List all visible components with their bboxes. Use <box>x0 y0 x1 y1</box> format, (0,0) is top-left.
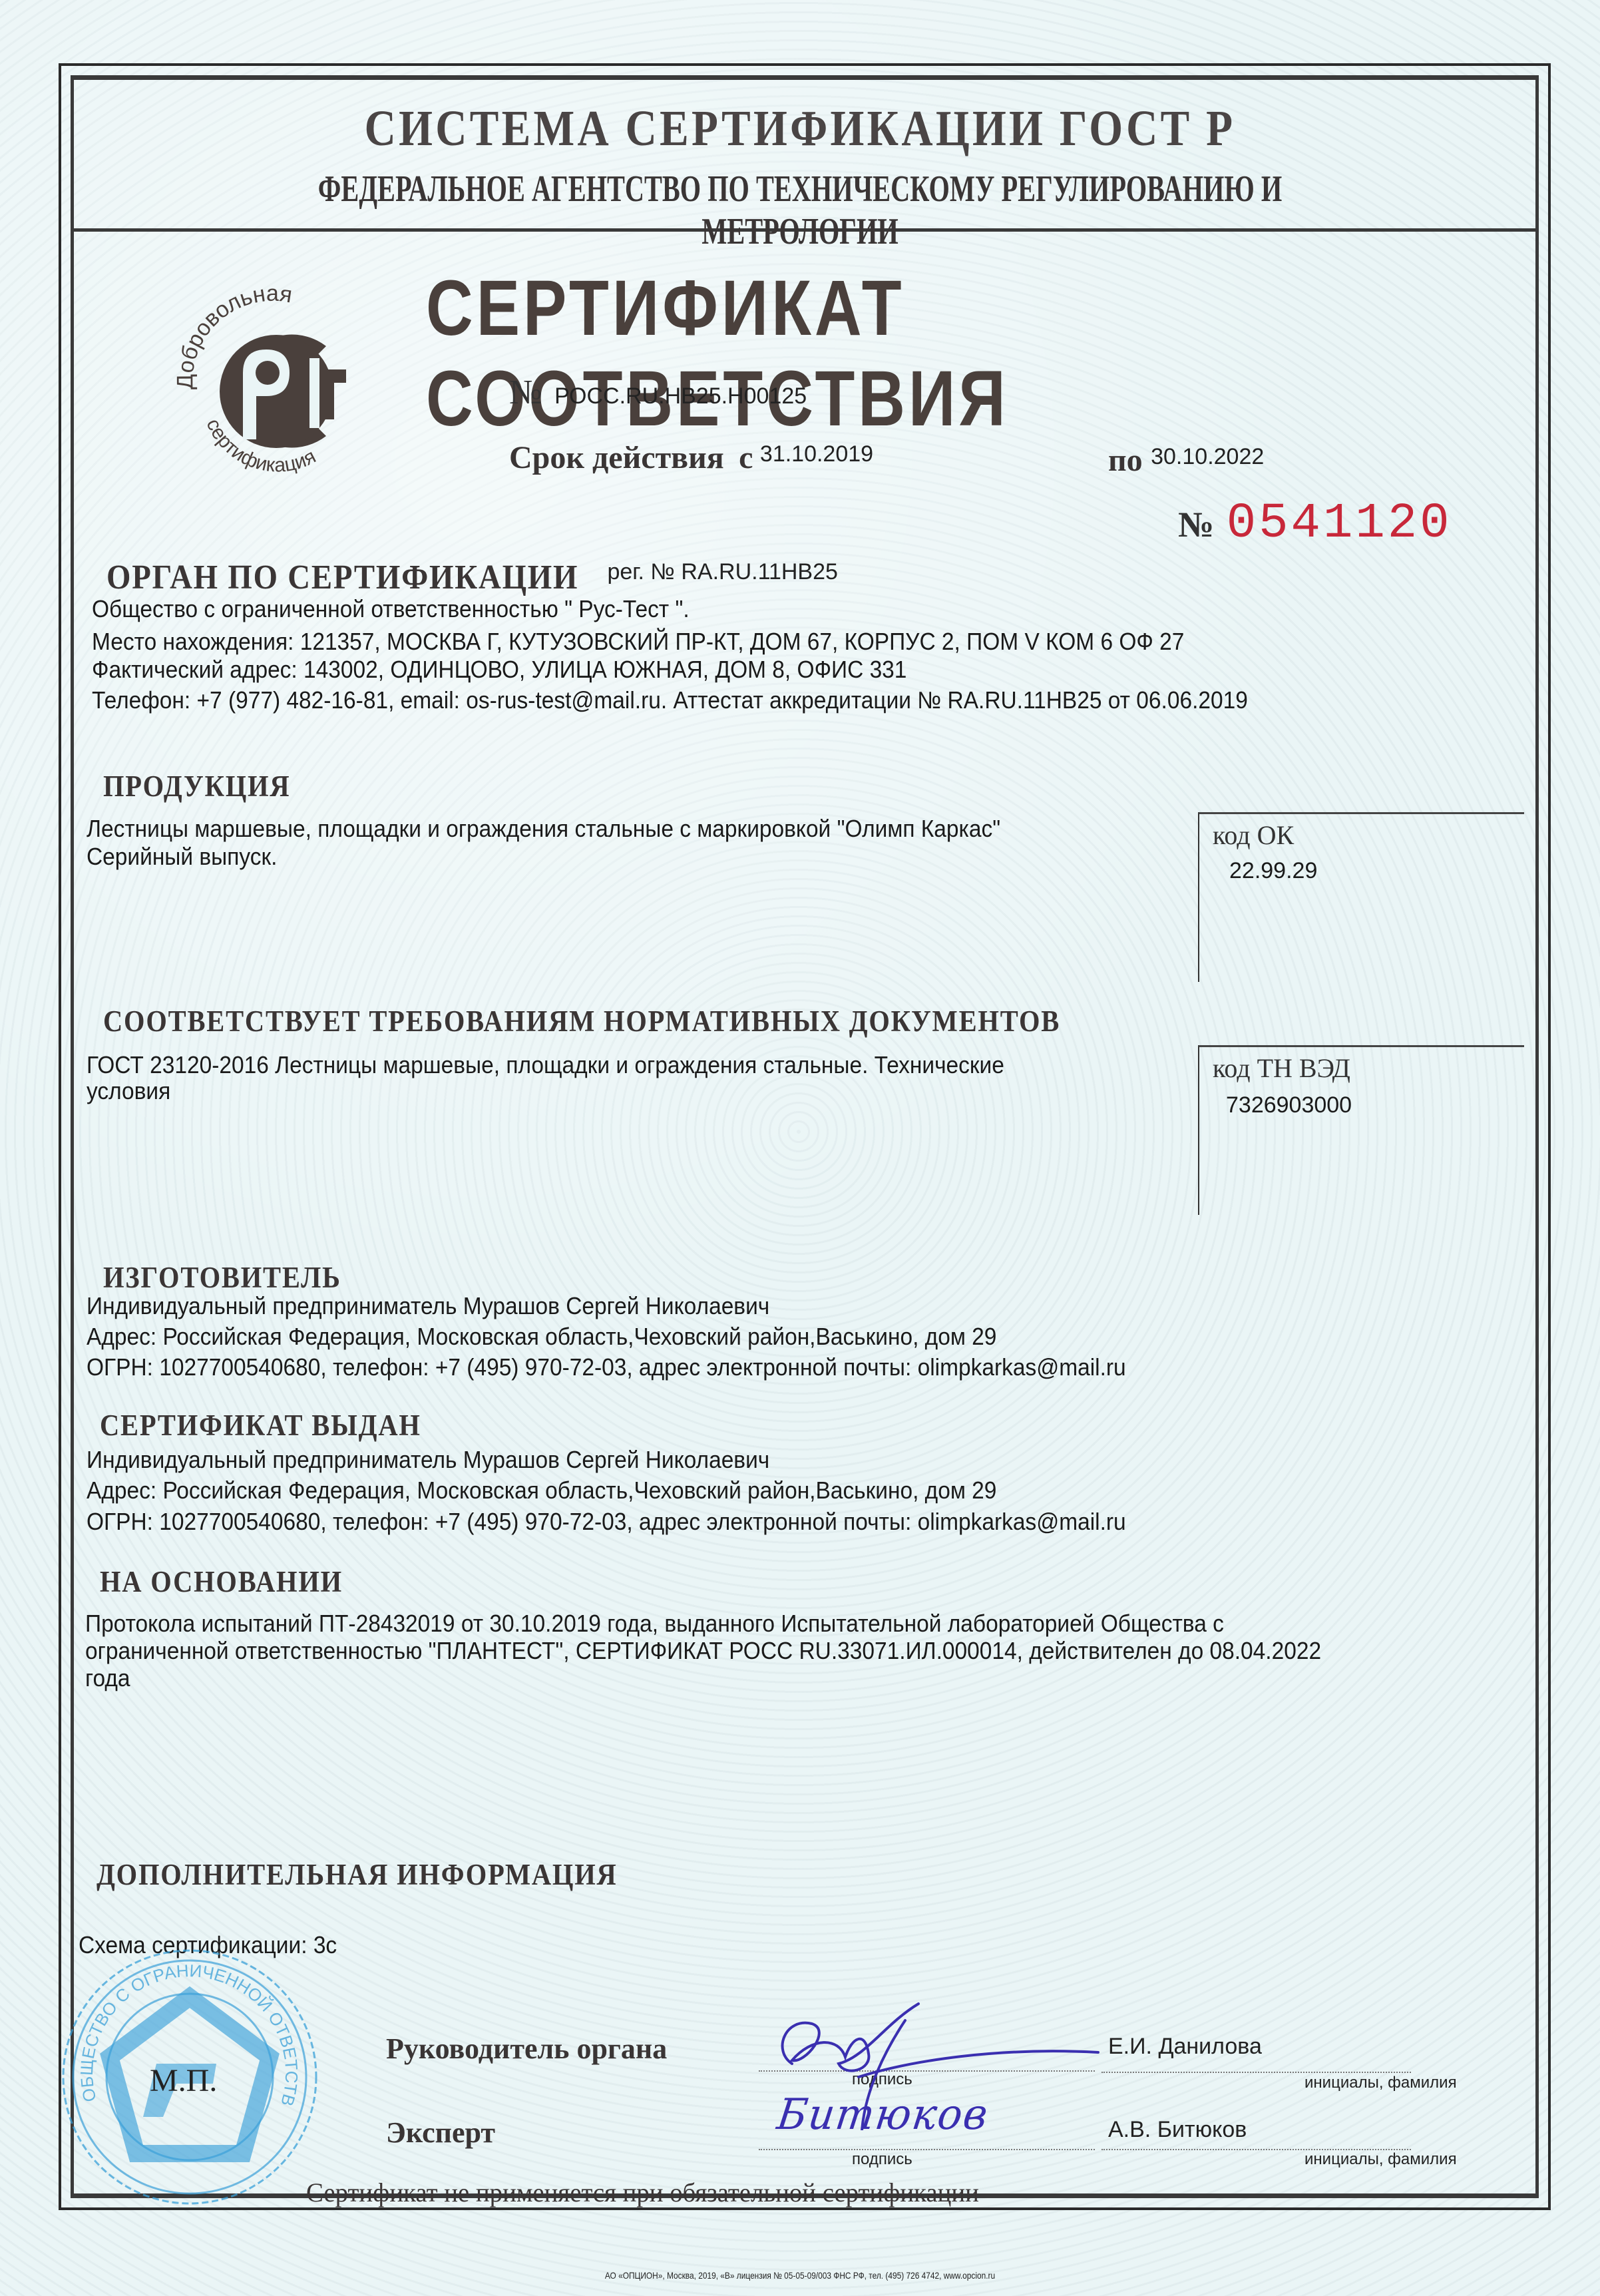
issued-to-line: Индивидуальный предприниматель Мурашов С… <box>87 1445 769 1474</box>
blank-number-sign: № <box>1178 505 1214 545</box>
manufacturer-line: Адрес: Российская Федерация, Московская … <box>87 1322 996 1351</box>
product-line: Лестницы маршевые, площадки и ограждения… <box>87 814 1000 843</box>
cert-body-reg: рег. № RA.RU.11НВ25 <box>607 559 837 584</box>
head-name: Е.И. Данилова <box>1108 2034 1262 2060</box>
valid-from-date: 31.10.2019 <box>760 441 873 467</box>
issued-to-line: Адрес: Российская Федерация, Московская … <box>87 1476 996 1504</box>
certificate-title: СЕРТИФИКАТ СООТВЕТСТВИЯ <box>426 263 1400 444</box>
printer-imprint: АО «ОПЦИОН», Москва, 2019, «В» лицензия … <box>120 2270 1480 2281</box>
product-heading: ПРОДУКЦИЯ <box>103 769 290 804</box>
expert-signature-caption: подпись <box>852 2150 912 2169</box>
blank-serial-number: 0541120 <box>1227 496 1452 552</box>
issued-to-heading: СЕРТИФИКАТ ВЫДАН <box>100 1408 421 1443</box>
valid-to-row: по 30.10.2022 <box>1108 442 1264 479</box>
standards-heading: СООТВЕТСТВУЕТ ТРЕБОВАНИЯМ НОРМАТИВНЫХ ДО… <box>103 1004 1060 1038</box>
standards-line: условия <box>87 1076 170 1105</box>
cert-number: РОСС.RU.HB25.H00125 <box>554 383 807 409</box>
tnved-code-label: код ТН ВЭД <box>1213 1052 1350 1084</box>
expert-name: А.В. Битюков <box>1108 2117 1247 2143</box>
stamp-place-label: М.П. <box>150 2062 217 2099</box>
product-line: Серийный выпуск. <box>87 842 277 871</box>
system-title: СИСТЕМА СЕРТИФИКАЦИИ ГОСТ Р <box>112 100 1488 158</box>
basis-line: года <box>85 1664 130 1692</box>
valid-to-label: по <box>1108 443 1143 478</box>
head-name-caption: инициалы, фамилия <box>1304 2074 1457 2092</box>
valid-from-label: с <box>739 440 753 475</box>
expert-name-caption: инициалы, фамилия <box>1304 2150 1457 2169</box>
head-name-line <box>1101 2072 1411 2073</box>
manufacturer-heading: ИЗГОТОВИТЕЛЬ <box>103 1260 341 1295</box>
okpd-code-value: 22.99.29 <box>1229 858 1317 884</box>
manufacturer-line: Индивидуальный предприниматель Мурашов С… <box>87 1291 769 1320</box>
cert-body-line: Телефон: +7 (977) 482-16-81, email: os-r… <box>92 686 1248 714</box>
expert-signature-line <box>759 2149 1095 2150</box>
company-seal-stamp: ОБЩЕСТВО С ОГРАНИЧЕННОЙ ОТВЕТСТВЕННОСТЬЮ… <box>50 1934 329 2213</box>
okpd-code-label: код ОК <box>1213 819 1294 851</box>
cert-body-line: Фактический адрес: 143002, ОДИНЦОВО, УЛИ… <box>92 655 906 684</box>
tnved-code-value: 7326903000 <box>1226 1092 1352 1118</box>
cert-body-line: Место нахождения: 121357, МОСКВА Г, КУТУ… <box>92 627 1184 656</box>
number-sign: № <box>509 373 542 411</box>
valid-to-date: 30.10.2022 <box>1151 444 1264 469</box>
expert-signature-handwriting: Битюков <box>774 2090 991 2140</box>
mandatory-cert-notice: Сертификат не применяется при обязательн… <box>306 2177 979 2208</box>
head-role-label: Руководитель органа <box>386 2032 667 2066</box>
agency-title: ФЕДЕРАЛЬНОЕ АГЕНТСТВО ПО ТЕХНИЧЕСКОМУ РЕ… <box>224 168 1376 253</box>
cert-body-line: Общество с ограниченной ответственностью… <box>92 594 690 623</box>
rst-logo-icon: Добровольная сертификация <box>166 273 379 486</box>
okpd-code-box: код ОК 22.99.29 <box>1198 812 1524 982</box>
tnved-code-box: код ТН ВЭД 7326903000 <box>1198 1045 1524 1215</box>
manufacturer-line: ОГРН: 1027700540680, телефон: +7 (495) 9… <box>87 1353 1126 1381</box>
standards-line: ГОСТ 23120-2016 Лестницы маршевые, площа… <box>87 1050 1004 1079</box>
basis-heading: НА ОСНОВАНИИ <box>100 1564 343 1599</box>
cert-body-heading: ОРГАН ПО СЕРТИФИКАЦИИ <box>106 558 578 597</box>
basis-line: ограниченной ответственностью "ПЛАНТЕСТ"… <box>85 1636 1321 1665</box>
validity-label: Срок действия <box>509 440 724 475</box>
blank-number-row: № 0541120 <box>1178 496 1452 552</box>
basis-line: Протокола испытаний ПТ-28432019 от 30.10… <box>85 1609 1224 1638</box>
validity-row: Срок действия с 31.10.2019 <box>509 439 873 476</box>
additional-heading: ДОПОЛНИТЕЛЬНАЯ ИНФОРМАЦИЯ <box>97 1857 618 1892</box>
issued-to-line: ОГРН: 1027700540680, телефон: +7 (495) 9… <box>87 1507 1126 1536</box>
expert-role-label: Эксперт <box>386 2116 495 2150</box>
cert-body-heading-row: ОРГАН ПО СЕРТИФИКАЦИИ рег. № RA.RU.11НВ2… <box>106 558 838 597</box>
cert-number-row: № РОСС.RU.HB25.H00125 <box>509 373 807 412</box>
